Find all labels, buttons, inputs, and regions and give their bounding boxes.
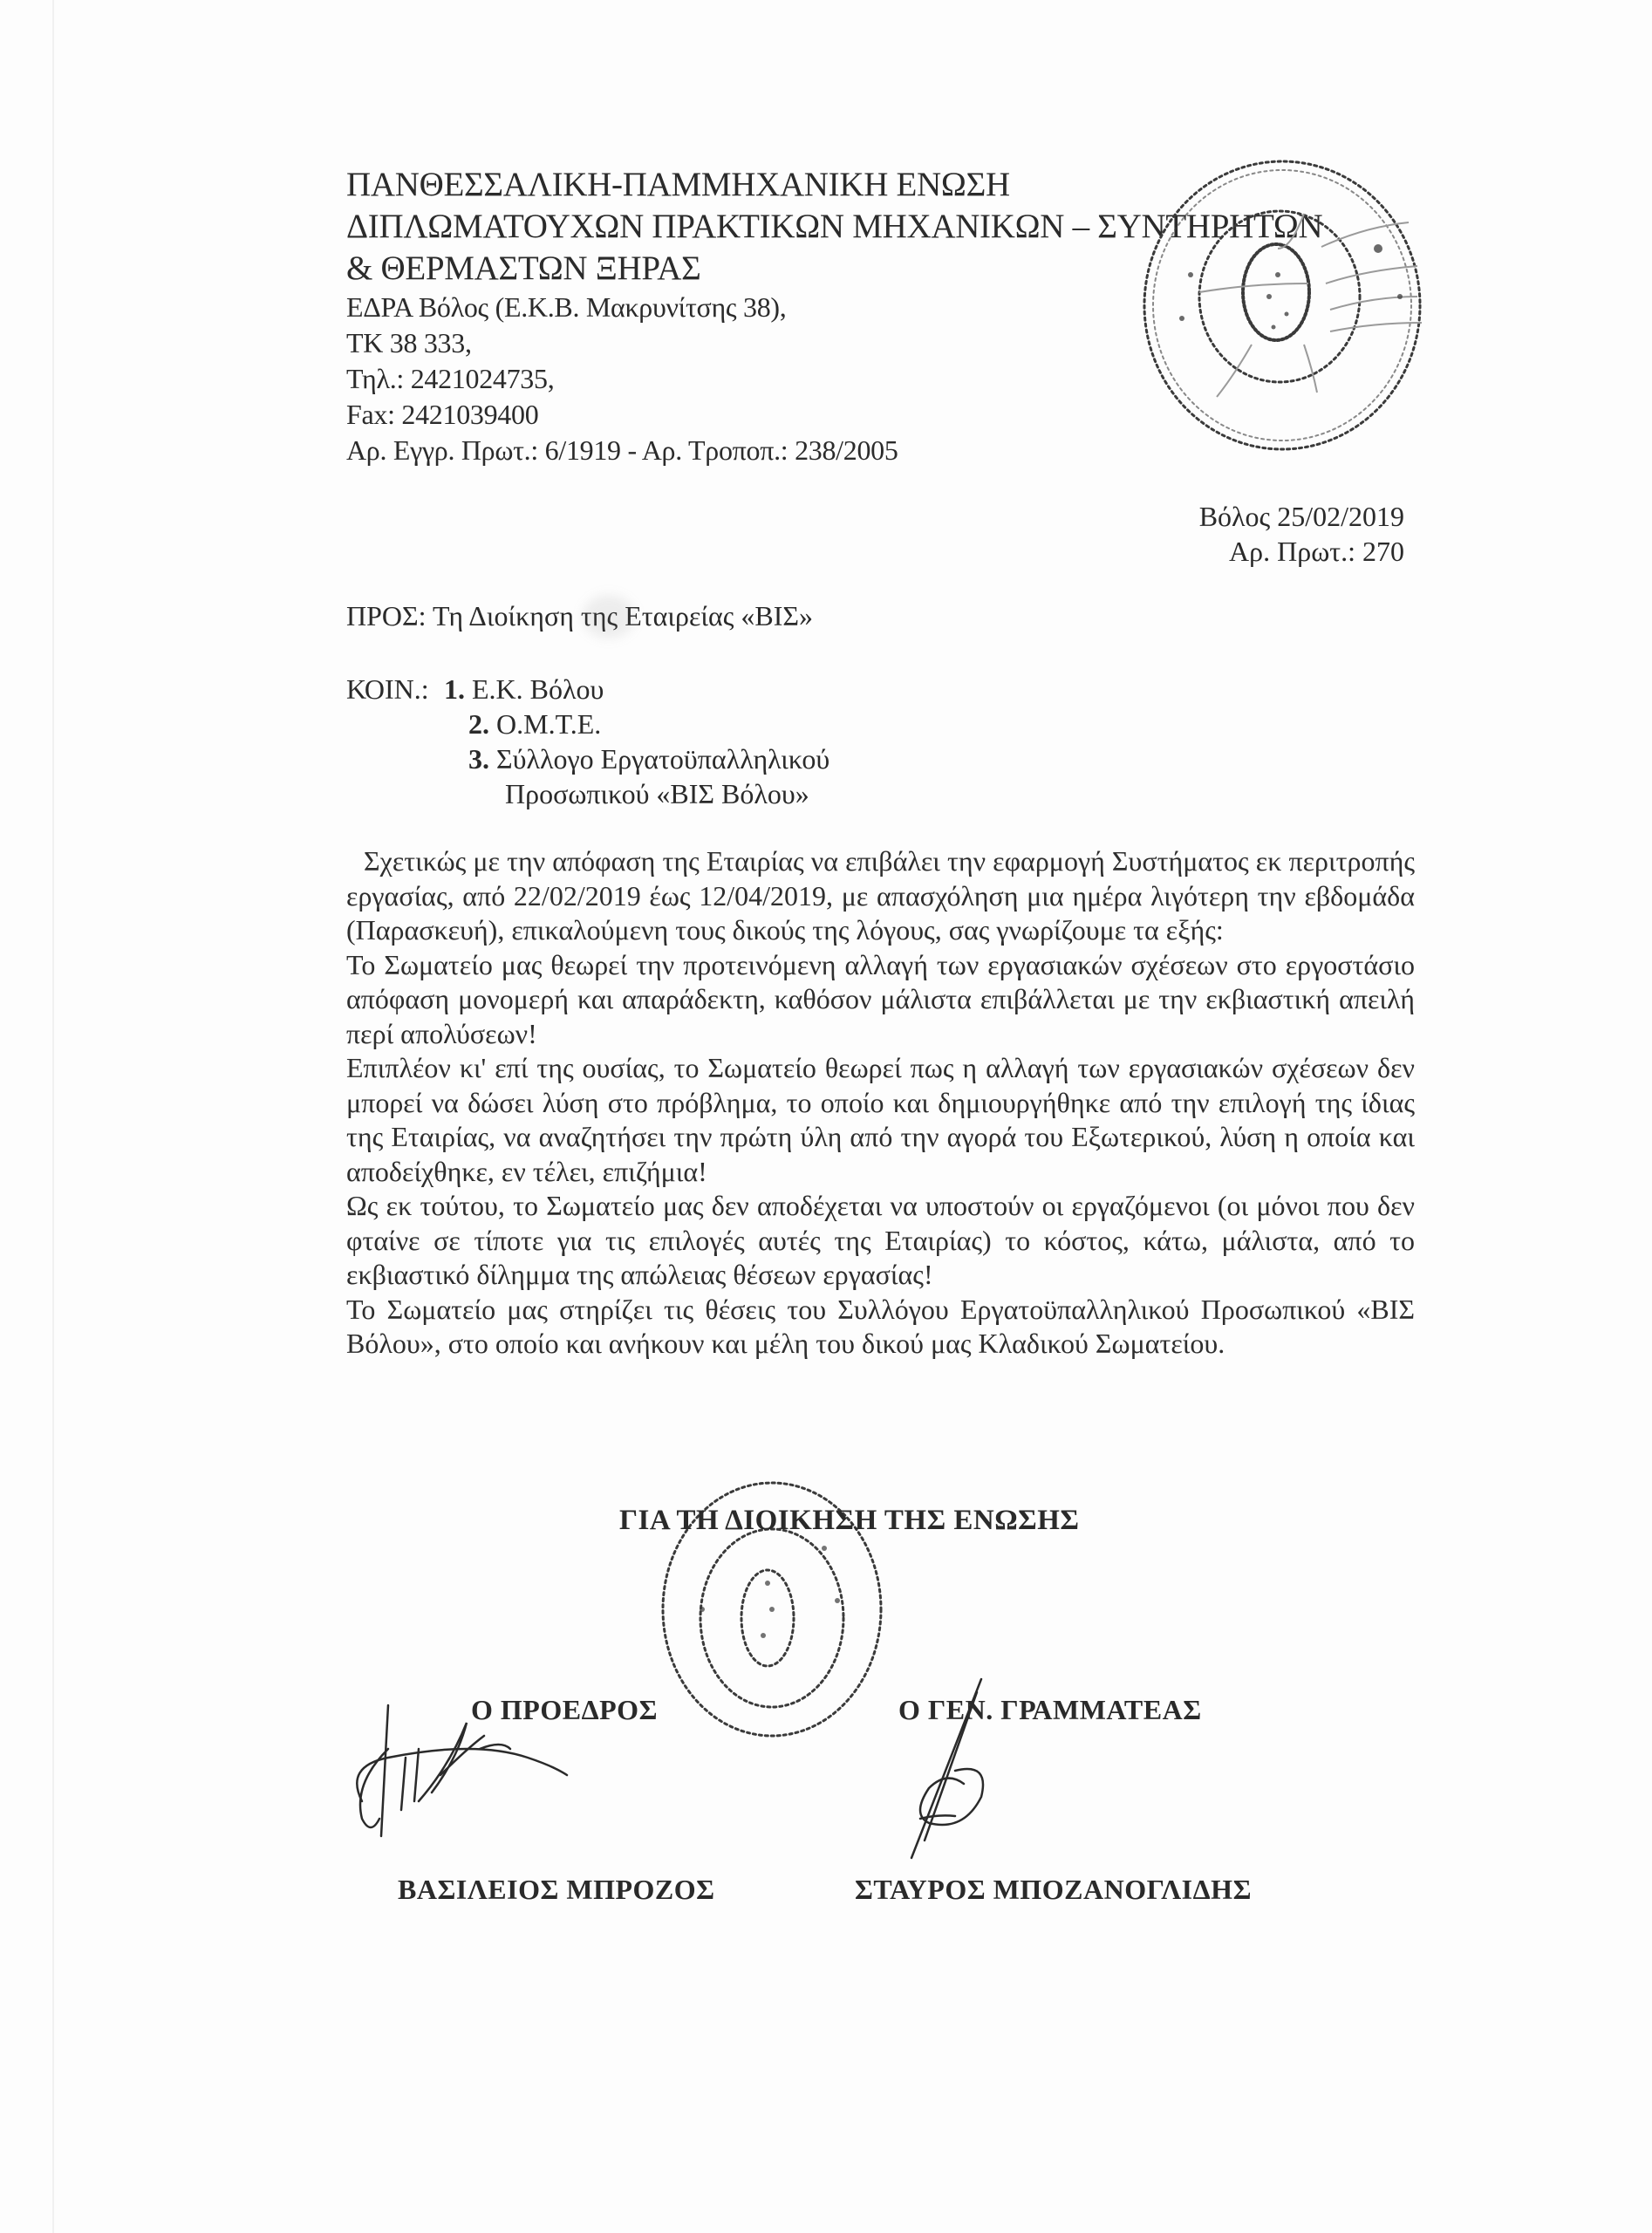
cc-number: 1.: [444, 673, 465, 705]
body-paragraph: Σχετικώς με την απόφαση της Εταιρίας να …: [346, 844, 1415, 948]
scan-edge-line: [52, 0, 54, 2233]
cc-list: ΚΟΙΝ.: 1. Ε.Κ. Βόλου 2. Ο.Μ.Τ.Ε. 3. Σύλλ…: [346, 672, 829, 811]
cc-number: 3.: [468, 743, 489, 775]
president-name: ΒΑΣΙΛΕΙΟΣ ΜΠΡΟΖΟΣ: [398, 1874, 715, 1906]
scanned-letter-page: ΠΑΝΘΕΣΣΑΛΙΚΗ-ΠΑΜΜΗΧΑΝΙΚΗ ΕΝΩΣΗ ΔΙΠΛΩΜΑΤΟ…: [0, 0, 1652, 2233]
secretary-name: ΣΤΑΥΡΟΣ ΜΠΟΖΑΝΟΓΛΙΔΗΣ: [855, 1874, 1252, 1906]
cc-continuation: Προσωπικού «ΒΙΣ Βόλου»: [346, 776, 829, 811]
protocol-number: Αρ. Πρωτ.: 270: [1160, 534, 1404, 569]
body-paragraph: Επιπλέον κι' επί της ουσίας, το Σωματείο…: [346, 1051, 1415, 1189]
letter-date: Βόλος 25/02/2019: [1160, 499, 1404, 534]
body-paragraph: Το Σωματείο μας θεωρεί την προτεινόμενη …: [346, 948, 1415, 1052]
official-seal-stamp-icon: [1130, 144, 1426, 467]
cc-item: 3. Σύλλογο Εργατοϋπαλληλικού: [346, 741, 829, 776]
cc-label: ΚΟΙΝ.:: [346, 672, 444, 707]
cc-item: 2. Ο.Μ.Τ.Ε.: [346, 707, 829, 741]
cc-item: ΚΟΙΝ.: 1. Ε.Κ. Βόλου: [346, 672, 829, 707]
date-block: Βόλος 25/02/2019 Αρ. Πρωτ.: 270: [1160, 499, 1404, 569]
scan-smudge: [583, 595, 635, 638]
cc-text: Ε.Κ. Βόλου: [472, 673, 604, 705]
body-paragraph: Ως εκ τούτου, το Σωματείο μας δεν αποδέχ…: [346, 1189, 1415, 1293]
secretary-signature-icon: [877, 1666, 1016, 1867]
cc-text: Σύλλογο Εργατοϋπαλληλικού: [496, 743, 829, 775]
president-signature-icon: [336, 1697, 615, 1845]
letter-body: Σχετικώς με την απόφαση της Εταιρίας να …: [346, 844, 1415, 1362]
body-paragraph: Το Σωματείο μας στηρίζει τις θέσεις του …: [346, 1293, 1415, 1362]
cc-text: Ο.Μ.Τ.Ε.: [496, 708, 601, 740]
recipient-line: ΠΡΟΣ: Τη Διοίκηση της Εταιρείας «ΒΙΣ»: [346, 600, 813, 632]
closing-line: ΓΙΑ ΤΗ ΔΙΟΙΚΗΣΗ ΤΗΣ ΕΝΩΣΗΣ: [619, 1505, 1079, 1537]
cc-number: 2.: [468, 708, 489, 740]
